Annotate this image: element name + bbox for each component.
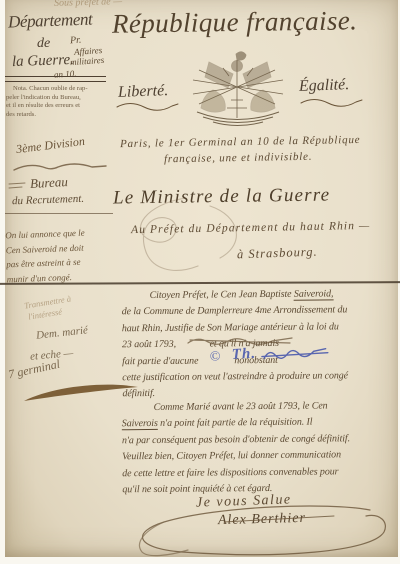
- bureau-underline-rule: [5, 213, 113, 214]
- nota-line: Nota. Chacun oublie de rap-: [6, 85, 110, 94]
- nota-note: Nota. Chacun oublie de rap- peler l'indi…: [6, 85, 110, 119]
- paragraph-text: n'a point fait partie de la réquisition.…: [158, 417, 313, 429]
- liberte-flourish: [116, 102, 180, 112]
- margin-note-line: pas être astreint à se: [6, 255, 86, 272]
- document-title: République française.: [112, 5, 358, 39]
- stamp-signature-scribble: [261, 343, 332, 366]
- bureau-annotation-line1: Pr.: [70, 35, 82, 47]
- margin-summary-note: On lui annonce que le Cen Saiveroid ne d…: [5, 226, 86, 287]
- margin-thick-flourish-stroke: [22, 380, 142, 404]
- bureau-label-line1: Bureau: [30, 174, 69, 192]
- egalite-label: Égalité.: [299, 76, 350, 96]
- liberte-label: Liberté.: [118, 82, 169, 102]
- division-flourish: [12, 162, 108, 174]
- body-paragraph-2: Comme Marié avant le 23 août 1793, le Ce…: [122, 398, 400, 499]
- copyright-icon: ©: [210, 349, 221, 365]
- stamp-initials: Th.: [231, 346, 256, 364]
- addressee-line2: à Strasbourg.: [237, 245, 318, 263]
- paragraph-text: Citoyen Préfet, le Cen Jean Baptiste: [150, 289, 294, 301]
- header-divider-rule: [5, 76, 106, 82]
- signature-flourish: [128, 498, 396, 562]
- nota-line: et il en résulte des erreurs et: [6, 102, 110, 111]
- citizen-name-underlined: Saiverois: [122, 418, 158, 430]
- document-scan: Sous préfet de — Département de la Guerr…: [0, 0, 400, 564]
- citizen-name-underlined: Saiveroid,: [294, 288, 334, 300]
- minister-heading: Le Ministre de la Guerre: [113, 184, 331, 209]
- department-heading-line1: Département: [8, 10, 93, 33]
- nota-line: peler l'indication du Bureau,: [6, 94, 110, 103]
- nota-line: des retards.: [6, 111, 110, 120]
- republican-emblem-icon: [183, 50, 293, 128]
- department-heading-line2: de: [37, 36, 50, 52]
- bureau-dash-flourish: [8, 181, 28, 191]
- egalite-flourish: [300, 98, 364, 108]
- bureau-label-line2: du Recrutement.: [12, 193, 84, 208]
